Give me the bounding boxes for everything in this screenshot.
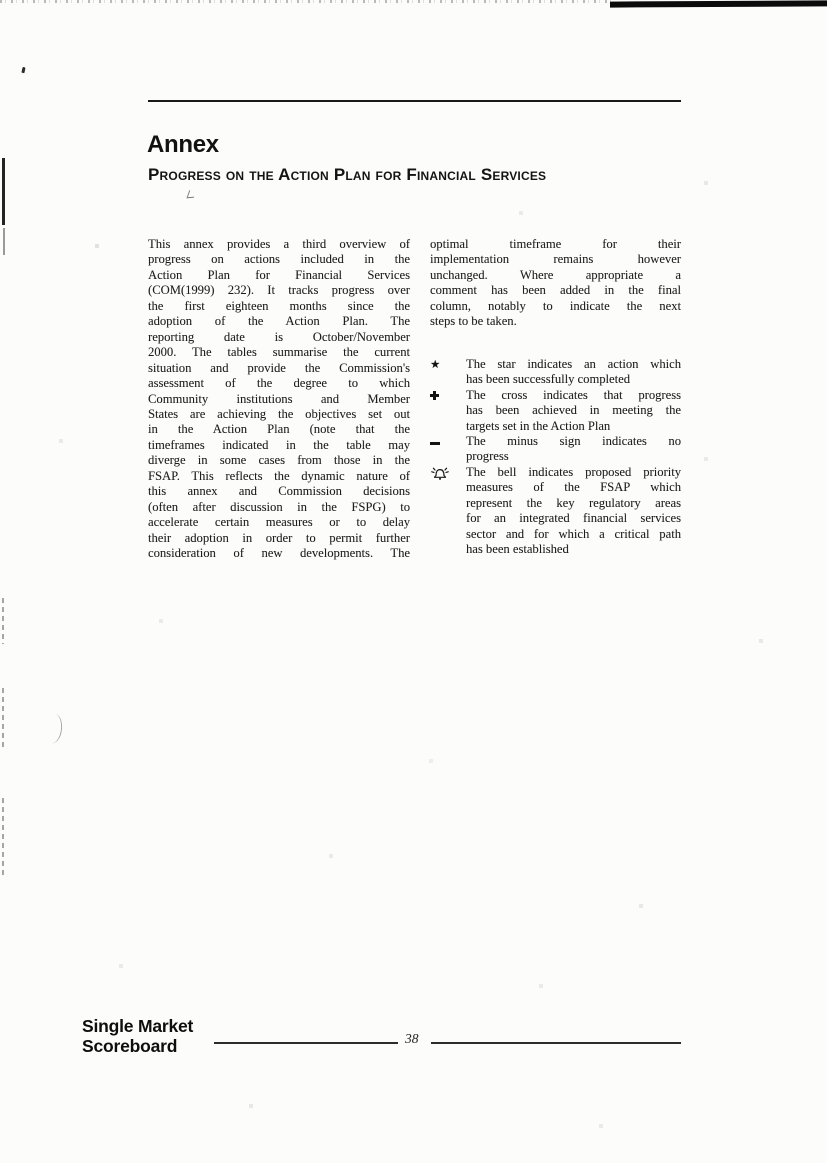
scan-artifact-speck	[187, 190, 197, 199]
document-page: Annex Progress on the Action Plan for Fi…	[0, 0, 827, 1163]
scan-artifact-speckles	[0, 0, 2, 2]
footer-brand-line1: Single Market	[82, 1016, 193, 1036]
footer-rule-left	[214, 1042, 398, 1044]
legend-item-bell: The bell indicates proposed prioritymeas…	[430, 465, 681, 558]
scan-artifact-top-bar	[610, 0, 827, 7]
cross-icon	[430, 388, 466, 434]
scan-artifact-left-edge	[2, 158, 5, 225]
legend-item-minus-text: The minus sign indicates noprogress	[466, 434, 681, 465]
page-subtitle: Progress on the Action Plan for Financia…	[148, 165, 546, 185]
legend-item-cross-text: The cross indicates that progresshas bee…	[466, 388, 681, 434]
scan-artifact-left-edge	[2, 598, 4, 644]
page-number: 38	[405, 1031, 419, 1047]
right-column: optimal timeframe for theirimplementatio…	[430, 237, 681, 558]
scan-artifact-left-edge	[3, 228, 5, 255]
page-title: Annex	[147, 133, 219, 157]
legend-item-star-text: The star indicates an action whichhas be…	[466, 357, 681, 388]
legend-item-cross: The cross indicates that progresshas bee…	[430, 388, 681, 434]
footer-rule-right	[431, 1042, 681, 1044]
bell-icon	[430, 465, 466, 558]
intro-paragraph-left-column: This annex provides a third overview ofp…	[148, 237, 410, 562]
symbol-legend: ★ The star indicates an action whichhas …	[430, 357, 681, 558]
scan-artifact-left-edge	[2, 688, 4, 748]
scan-artifact-left-edge	[2, 798, 4, 878]
scan-artifact-top-noise	[0, 0, 614, 3]
scan-artifact-speck	[46, 713, 63, 744]
legend-item-star: ★ The star indicates an action whichhas …	[430, 357, 681, 388]
footer-brand: Single Market Scoreboard	[82, 1016, 193, 1056]
footer-brand-line2: Scoreboard	[82, 1036, 193, 1056]
star-icon: ★	[430, 357, 466, 388]
legend-item-minus: The minus sign indicates noprogress	[430, 434, 681, 465]
minus-icon	[430, 434, 466, 465]
header-rule	[148, 100, 681, 102]
scan-artifact-speck	[21, 67, 25, 73]
intro-paragraph-right-column: optimal timeframe for theirimplementatio…	[430, 237, 681, 330]
legend-item-bell-text: The bell indicates proposed prioritymeas…	[466, 465, 681, 558]
